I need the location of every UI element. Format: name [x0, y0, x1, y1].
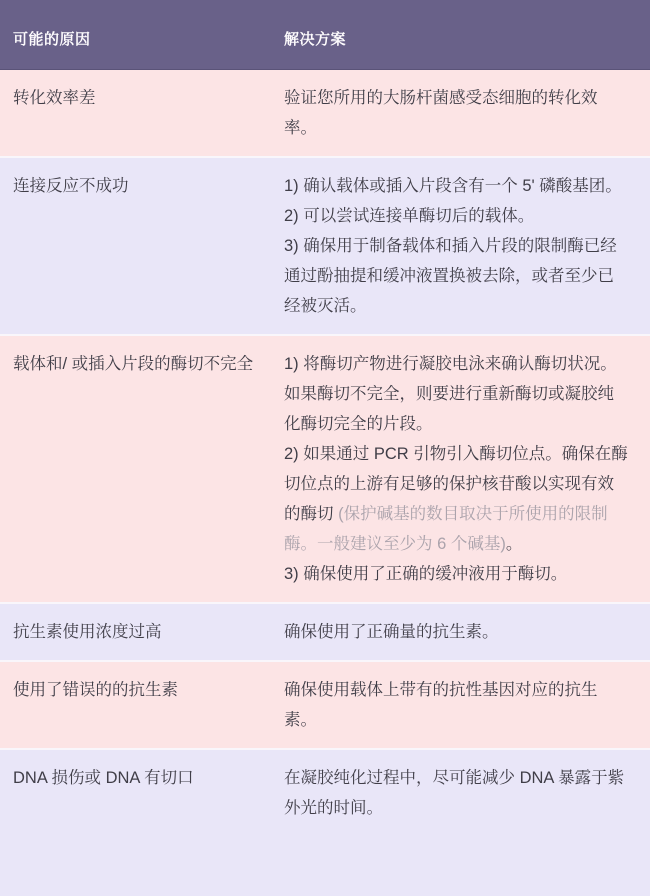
table-row: 连接反应不成功 1) 确认载体或插入片段含有一个 5' 磷酸基团。 2) 可以尝…: [0, 158, 650, 336]
cause-cell: DNA 损伤或 DNA 有切口: [0, 763, 271, 793]
troubleshooting-table: 可能的原因 解决方案 转化效率差 验证您所用的大肠杆菌感受态细胞的转化效率。 连…: [0, 0, 650, 896]
solution-item: 2) 可以尝试连接单酶切后的载体。: [284, 201, 630, 231]
solution-cell: 确保使用载体上带有的抗性基因对应的抗生素。: [271, 675, 650, 735]
cause-cell: 使用了错误的的抗生素: [0, 675, 271, 705]
solution-cell: 1) 确认载体或插入片段含有一个 5' 磷酸基团。 2) 可以尝试连接单酶切后的…: [271, 171, 650, 321]
solution-cell: 验证您所用的大肠杆菌感受态细胞的转化效率。: [271, 83, 650, 143]
table-row: DNA 损伤或 DNA 有切口 在凝胶纯化过程中，尽可能减少 DNA 暴露于紫外…: [0, 750, 650, 896]
cause-cell: 连接反应不成功: [0, 171, 271, 201]
solution-text: 验证您所用的大肠杆菌感受态细胞的转化效率。: [284, 83, 630, 143]
cause-cell: 转化效率差: [0, 83, 271, 113]
table-row: 载体和/ 或插入片段的酶切不完全 1) 将酶切产物进行凝胶电泳来确认酶切状况。如…: [0, 336, 650, 604]
solution-item: 1) 将酶切产物进行凝胶电泳来确认酶切状况。如果酶切不完全，则要进行重新酶切或凝…: [284, 349, 630, 439]
table-row: 使用了错误的的抗生素 确保使用载体上带有的抗性基因对应的抗生素。: [0, 662, 650, 750]
column-header-cause: 可能的原因: [0, 28, 271, 49]
solution-item: 2) 如果通过 PCR 引物引入酶切位点。确保在酶切位点的上游有足够的保护核苷酸…: [284, 439, 630, 559]
solution-text: 确保使用载体上带有的抗性基因对应的抗生素。: [284, 675, 630, 735]
column-header-solution: 解决方案: [271, 28, 650, 49]
table-row: 转化效率差 验证您所用的大肠杆菌感受态细胞的转化效率。: [0, 70, 650, 158]
solution-item-period: 。: [506, 535, 523, 553]
cause-cell: 抗生素使用浓度过高: [0, 617, 271, 647]
cause-cell: 载体和/ 或插入片段的酶切不完全: [0, 349, 271, 379]
table-header-row: 可能的原因 解决方案: [0, 0, 650, 70]
solution-text: 在凝胶纯化过程中，尽可能减少 DNA 暴露于紫外光的时间。: [284, 763, 630, 823]
solution-item: 3) 确保用于制备载体和插入片段的限制酶已经通过酚抽提和缓冲液置换被去除，或者至…: [284, 231, 630, 321]
solution-item: 3) 确保使用了正确的缓冲液用于酶切。: [284, 559, 630, 589]
table-row: 抗生素使用浓度过高 确保使用了正确量的抗生素。: [0, 604, 650, 662]
solution-cell: 确保使用了正确量的抗生素。: [271, 617, 650, 647]
solution-cell: 1) 将酶切产物进行凝胶电泳来确认酶切状况。如果酶切不完全，则要进行重新酶切或凝…: [271, 349, 650, 589]
solution-cell: 在凝胶纯化过程中，尽可能减少 DNA 暴露于紫外光的时间。: [271, 763, 650, 823]
solution-item: 1) 确认载体或插入片段含有一个 5' 磷酸基团。: [284, 171, 630, 201]
solution-text: 确保使用了正确量的抗生素。: [284, 617, 630, 647]
